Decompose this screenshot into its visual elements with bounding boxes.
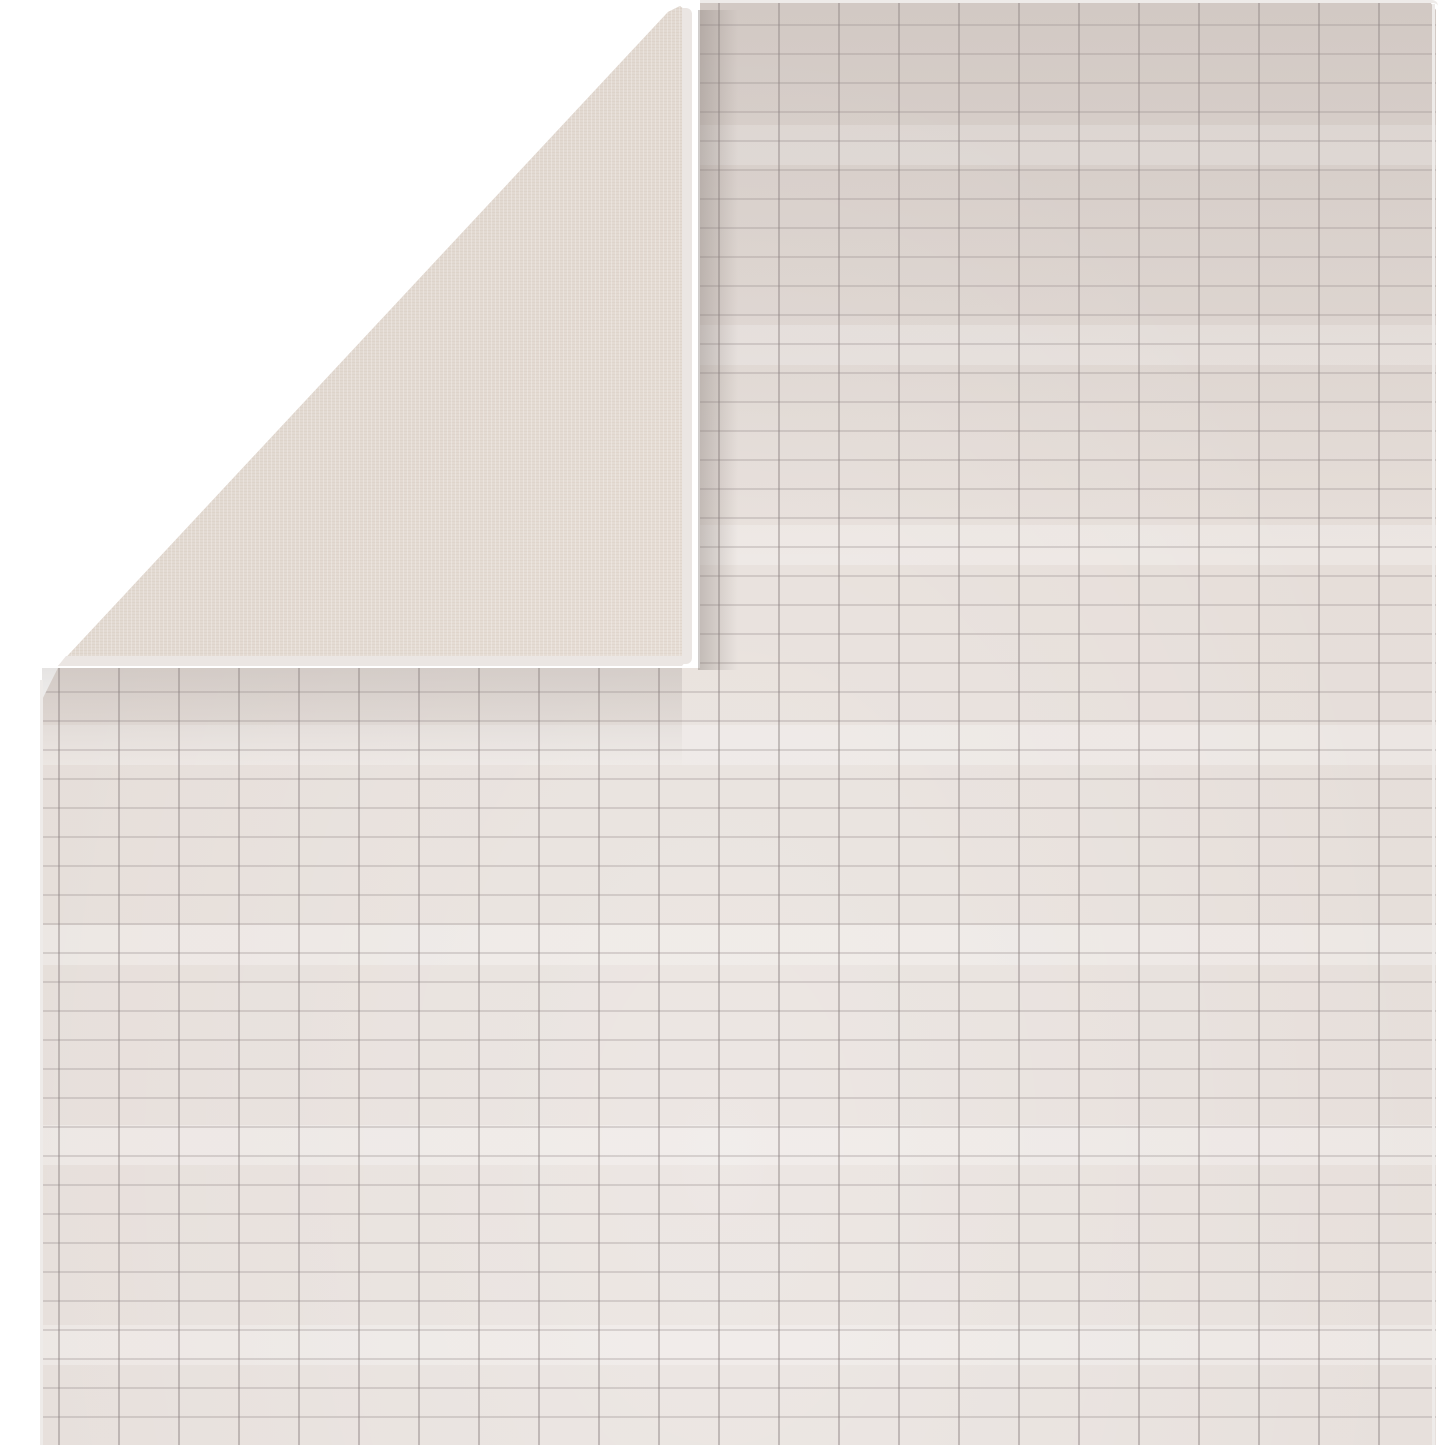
rug-face-shading — [680, 0, 1440, 560]
flap-edge-bottom — [58, 656, 690, 667]
flap-edge-right — [682, 8, 692, 664]
image-subject: Folded area rug product photo — [0, 0, 1, 1]
rug-face-shading-left — [42, 668, 682, 768]
product-photo: Folded area rug product photo — [0, 0, 1445, 1445]
fold-shadow — [698, 10, 738, 670]
